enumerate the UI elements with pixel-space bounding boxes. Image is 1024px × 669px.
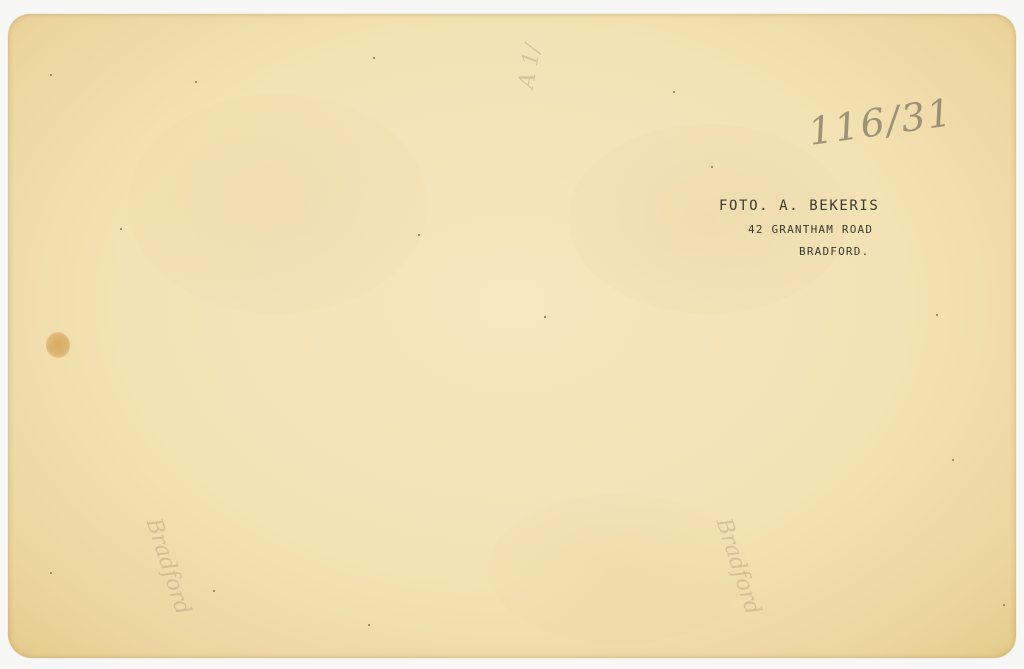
- speck: [120, 228, 122, 230]
- faint-pencil-mark: Bradford: [141, 515, 196, 618]
- speck: [195, 81, 197, 83]
- age-stain: [568, 124, 848, 314]
- age-stain: [128, 94, 428, 314]
- speck: [213, 590, 215, 592]
- photographer-stamp: FOTO. A. BEKERIS 42 GRANTHAM ROAD BRADFO…: [719, 198, 879, 214]
- stamp-city: BRADFORD.: [799, 245, 869, 258]
- speck: [373, 57, 375, 59]
- speck: [936, 314, 938, 316]
- speck: [673, 91, 675, 93]
- speck: [50, 572, 52, 574]
- photo-card-back: 116/31 A 1/ Bradford Bradford FOTO. A. B…: [8, 14, 1016, 658]
- handwritten-reference-number: 116/31: [806, 90, 956, 154]
- speck: [368, 624, 370, 626]
- faint-pencil-mark: A 1/: [514, 43, 546, 91]
- speck: [952, 459, 954, 461]
- foxing-spot: [46, 332, 70, 358]
- stamp-studio-name: FOTO. A. BEKERIS: [719, 198, 879, 214]
- speck: [711, 166, 713, 168]
- stamp-street-address: 42 GRANTHAM ROAD: [748, 223, 873, 236]
- speck: [544, 316, 546, 318]
- speck: [1003, 604, 1005, 606]
- speck: [50, 74, 52, 76]
- age-stain: [488, 494, 748, 644]
- speck: [418, 234, 420, 236]
